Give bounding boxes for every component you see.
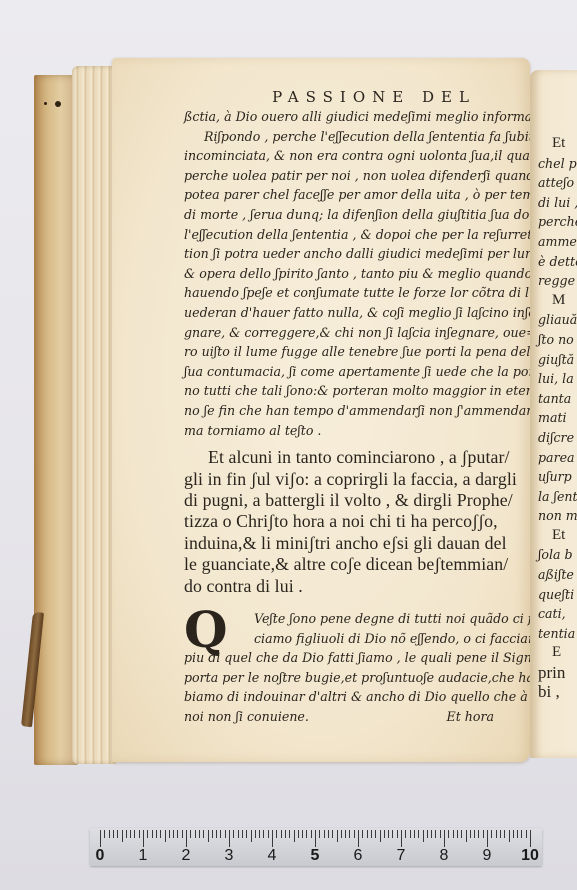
ruler-tick xyxy=(341,830,342,838)
text-line: ßctia, à Dio ouero alli giudici medeʃimi… xyxy=(184,107,524,127)
ruler-tick xyxy=(530,830,531,847)
fragment-line: cati, xyxy=(538,604,577,624)
ruler-tick xyxy=(113,830,114,838)
text-line: Veʃte ʃono pene degne di tutti noi quãdo… xyxy=(184,609,524,629)
page-text-block: PASSIONE DEL ßctia, à Dio ouero alli giu… xyxy=(184,88,524,727)
ruler-tick xyxy=(251,830,252,842)
ruler-tick xyxy=(229,830,230,847)
text-line: hauendo ʃpeʃe et conʃumate tutte le forz… xyxy=(184,283,524,303)
ruler-tick xyxy=(371,830,372,838)
ruler-tick xyxy=(328,830,329,838)
ruler-tick xyxy=(466,830,467,842)
fragment-line: ʃola b xyxy=(538,545,577,565)
ruler-tick xyxy=(242,830,243,838)
ruler-tick xyxy=(354,830,355,838)
ruler-tick xyxy=(509,830,510,842)
text-line: no ʃe fin che han tempo d'ammendarʃi non… xyxy=(184,401,524,421)
fragment-line: gliauă xyxy=(538,310,577,330)
ruler-tick xyxy=(444,830,445,847)
ruler-tick xyxy=(440,830,441,838)
text-line: incominciata, & non era contra ogni uolo… xyxy=(184,146,524,166)
fragment-line: la ʃent xyxy=(538,487,577,507)
ruler-tick xyxy=(324,830,325,838)
fragment-line: Et xyxy=(538,134,577,154)
text-line: noi non ʃi conuiene. xyxy=(184,707,309,727)
ruler-tick xyxy=(130,830,131,838)
ruler-tick xyxy=(306,830,307,838)
ruler-label: 7 xyxy=(397,847,406,865)
fragment-line: diʃcre xyxy=(538,428,577,448)
stain-mark xyxy=(44,102,47,105)
ruler-tick xyxy=(225,830,226,838)
ruler-tick xyxy=(521,830,522,838)
ruler-tick xyxy=(302,830,303,838)
ruler-label: 1 xyxy=(139,847,148,865)
ruler-tick xyxy=(478,830,479,838)
ruler-tick xyxy=(100,830,101,847)
ruler-label: 3 xyxy=(225,847,234,865)
ruler-tick xyxy=(448,830,449,838)
text-line: ʃua contumacia, ʃi come apertamente ʃi u… xyxy=(184,362,524,382)
catchword: Et hora xyxy=(447,707,494,727)
ruler-tick xyxy=(367,830,368,838)
ruler-tick xyxy=(427,830,428,838)
ruler-tick xyxy=(474,830,475,838)
fragment-line: prin xyxy=(538,663,577,682)
fragment-line: parea xyxy=(538,448,577,468)
last-line: noi non ʃi conuiene. Et hora xyxy=(184,707,524,727)
ruler-tick xyxy=(285,830,286,838)
text-line: no tutti che tali ʃono:& porteran molto … xyxy=(184,381,524,401)
paragraph-commentary-dropcap: Q Veʃte ʃono pene degne di tutti noi quã… xyxy=(184,609,524,727)
ruler-tick xyxy=(388,830,389,838)
ruler-tick xyxy=(358,830,359,847)
text-line: porta per le noʃtre bugie,et proʃuntuoʃe… xyxy=(184,668,524,688)
ruler-tick xyxy=(152,830,153,838)
ruler-tick xyxy=(491,830,492,838)
running-head: PASSIONE DEL xyxy=(184,88,524,106)
ruler-tick xyxy=(311,830,312,838)
ruler-tick xyxy=(345,830,346,838)
ruler-tick xyxy=(195,830,196,838)
fragment-line: è detto xyxy=(538,252,577,272)
fragment-line: non m xyxy=(538,506,577,526)
stain-mark xyxy=(55,101,61,107)
ruler-tick xyxy=(289,830,290,838)
ruler-tick xyxy=(117,830,118,838)
ruler-tick xyxy=(109,830,110,838)
ruler-tick xyxy=(453,830,454,838)
ruler-tick xyxy=(199,830,200,838)
text-line: potea parer chel faceʃʃe per amor della … xyxy=(184,185,524,205)
ruler-tick xyxy=(255,830,256,838)
paragraph-commentary: ßctia, à Dio ouero alli giudici medeʃimi… xyxy=(184,107,524,440)
ruler-tick xyxy=(435,830,436,838)
text-line: Et alcuni in tanto cominciarono , a ʃput… xyxy=(184,447,524,468)
ruler-tick xyxy=(134,830,135,838)
text-line: Riʃpondo , perche l'eʃʃecution della ʃen… xyxy=(184,127,524,147)
ruler-tick xyxy=(212,830,213,838)
ruler-tick xyxy=(457,830,458,838)
ruler-tick xyxy=(276,830,277,838)
text-line: perche uolea patir per noi , non uolea d… xyxy=(184,166,524,186)
fragment-line: ammen xyxy=(538,232,577,252)
ruler-tick xyxy=(139,830,140,838)
text-line: gli in fin ʃul viʃo: a coprirgli la facc… xyxy=(184,469,524,490)
fragment-line: E xyxy=(538,643,577,663)
ruler-tick xyxy=(160,830,161,838)
ruler-tick xyxy=(263,830,264,838)
ruler-tick xyxy=(504,830,505,838)
ruler-tick xyxy=(362,830,363,838)
ruler-tick xyxy=(513,830,514,838)
ruler-tick xyxy=(401,830,402,847)
ruler-label: 8 xyxy=(440,847,449,865)
fragment-line: giuʃtă xyxy=(538,350,577,370)
ruler-tick xyxy=(405,830,406,838)
ruler-tick xyxy=(233,830,234,838)
fragment-line: aßiʃte xyxy=(538,565,577,585)
fragment-line: ʃto no xyxy=(538,330,577,350)
ruler-tick xyxy=(177,830,178,838)
ruler-tick xyxy=(375,830,376,838)
ruler-tick xyxy=(220,830,221,838)
page-edges xyxy=(72,66,116,764)
ruler-tick xyxy=(294,830,295,842)
ruler-tick xyxy=(431,830,432,838)
ruler-tick xyxy=(517,830,518,838)
ruler-tick xyxy=(500,830,501,838)
ruler-tick xyxy=(203,830,204,838)
fragment-line: tanta xyxy=(538,389,577,409)
ruler-tick xyxy=(410,830,411,838)
text-line: ma torniamo al teʃto . xyxy=(184,421,524,441)
ruler-tick xyxy=(380,830,381,842)
ruler-tick xyxy=(298,830,299,838)
fragment-line: di lui , xyxy=(538,193,577,213)
ruler-label: 9 xyxy=(483,847,492,865)
ruler-label: 2 xyxy=(182,847,191,865)
text-line: & opera dello ʃpirito ʃanto , tanto piu … xyxy=(184,264,524,284)
ruler-ticks xyxy=(100,830,530,848)
ruler-tick xyxy=(397,830,398,838)
fragment-line: tentia xyxy=(538,624,577,644)
ruler-tick xyxy=(319,830,320,838)
fragment-line: lui, la xyxy=(538,369,577,389)
ruler-tick xyxy=(315,830,316,847)
ruler-tick xyxy=(169,830,170,838)
text-line: induina,& li miniʃtri ancho eʃsi gli dau… xyxy=(184,533,524,554)
ruler-tick xyxy=(156,830,157,838)
ruler-label: 6 xyxy=(354,847,363,865)
ruler-tick xyxy=(384,830,385,838)
ruler-tick xyxy=(418,830,419,838)
ruler-tick xyxy=(173,830,174,838)
fragment-line: Et xyxy=(538,526,577,546)
ruler-tick xyxy=(483,830,484,838)
ruler-tick xyxy=(238,830,239,838)
ruler-tick xyxy=(470,830,471,838)
ruler-tick xyxy=(208,830,209,842)
text-line: di pugni, a battergli il volto , & dirgl… xyxy=(184,490,524,511)
text-line: tion ʃi potra ueder ancho dalli giudici … xyxy=(184,244,524,264)
ruler-tick xyxy=(526,830,527,838)
fragment-line: regge xyxy=(538,271,577,291)
drop-cap: Q xyxy=(184,605,228,655)
text-line: l'eʃʃecution della ʃententia , & dopoi c… xyxy=(184,225,524,245)
text-line: ciamo figliuoli di Dio nõ eʃʃendo, o ci … xyxy=(184,629,524,649)
ruler-label: 0 xyxy=(96,847,105,865)
ruler-tick xyxy=(165,830,166,842)
ruler-tick xyxy=(143,830,144,847)
fragment-line: perche xyxy=(538,212,577,232)
ruler-label: 10 xyxy=(521,847,539,865)
fragment-line: atteʃo xyxy=(538,173,577,193)
facing-page-text: Et chel p atteʃo di lui , perche ammen è… xyxy=(538,134,577,701)
text-line: piu di quel che da Dio fatti ʃiamo , le … xyxy=(184,648,524,668)
text-line: tizza o Chriʃto hora a noi chi ti ha per… xyxy=(184,511,524,532)
ruler-tick xyxy=(487,830,488,847)
ruler-tick xyxy=(186,830,187,847)
fragment-line: M xyxy=(538,291,577,311)
ruler-tick xyxy=(246,830,247,838)
ruler-tick xyxy=(147,830,148,838)
ruler-tick xyxy=(496,830,497,838)
text-line: ro uiʃto il lume fugge alle tenebre ʃue … xyxy=(184,342,524,362)
ruler-label: 4 xyxy=(268,847,277,865)
ruler-tick xyxy=(126,830,127,838)
text-line: uederan d'hauer fatto nulla, & coʃi megl… xyxy=(184,303,524,323)
ruler-tick xyxy=(104,830,105,838)
ruler-tick xyxy=(349,830,350,838)
fragment-line: chel p xyxy=(538,154,577,174)
text-line: di morte , ʃerua dunq; la difenʃion dell… xyxy=(184,205,524,225)
left-page: PASSIONE DEL ßctia, à Dio ouero alli giu… xyxy=(112,58,530,762)
fragment-line: mati xyxy=(538,408,577,428)
ruler-tick xyxy=(392,830,393,838)
text-line: do contra di lui . xyxy=(184,576,524,597)
text-line: le guanciate,& altre coʃe dicean beʃtemm… xyxy=(184,554,524,575)
scale-ruler: 0 1 2 3 4 5 6 7 8 9 10 xyxy=(90,828,542,866)
text-line: gnare, & correggere,& chi non ʃi laʃcia … xyxy=(184,323,524,343)
ruler-label: 5 xyxy=(311,847,320,865)
ruler-tick xyxy=(281,830,282,838)
ruler-tick xyxy=(182,830,183,838)
ruler-tick xyxy=(272,830,273,847)
paragraph-gospel-text: Et alcuni in tanto cominciarono , a ʃput… xyxy=(184,447,524,597)
facing-page: Et chel p atteʃo di lui , perche ammen è… xyxy=(530,70,577,758)
ruler-tick xyxy=(461,830,462,838)
ruler-tick xyxy=(122,830,123,842)
ruler-tick xyxy=(259,830,260,838)
ruler-tick xyxy=(414,830,415,838)
fragment-line: bi , xyxy=(538,682,577,701)
ruler-tick xyxy=(337,830,338,842)
fragment-line: uʃurp xyxy=(538,467,577,487)
ruler-tick xyxy=(190,830,191,838)
fragment-line: queʃti xyxy=(538,585,577,605)
ruler-tick xyxy=(423,830,424,842)
ruler-tick xyxy=(216,830,217,838)
text-line: biamo di indouinar d'altri & ancho di Di… xyxy=(184,687,524,707)
ruler-tick xyxy=(332,830,333,838)
ruler-tick xyxy=(268,830,269,838)
